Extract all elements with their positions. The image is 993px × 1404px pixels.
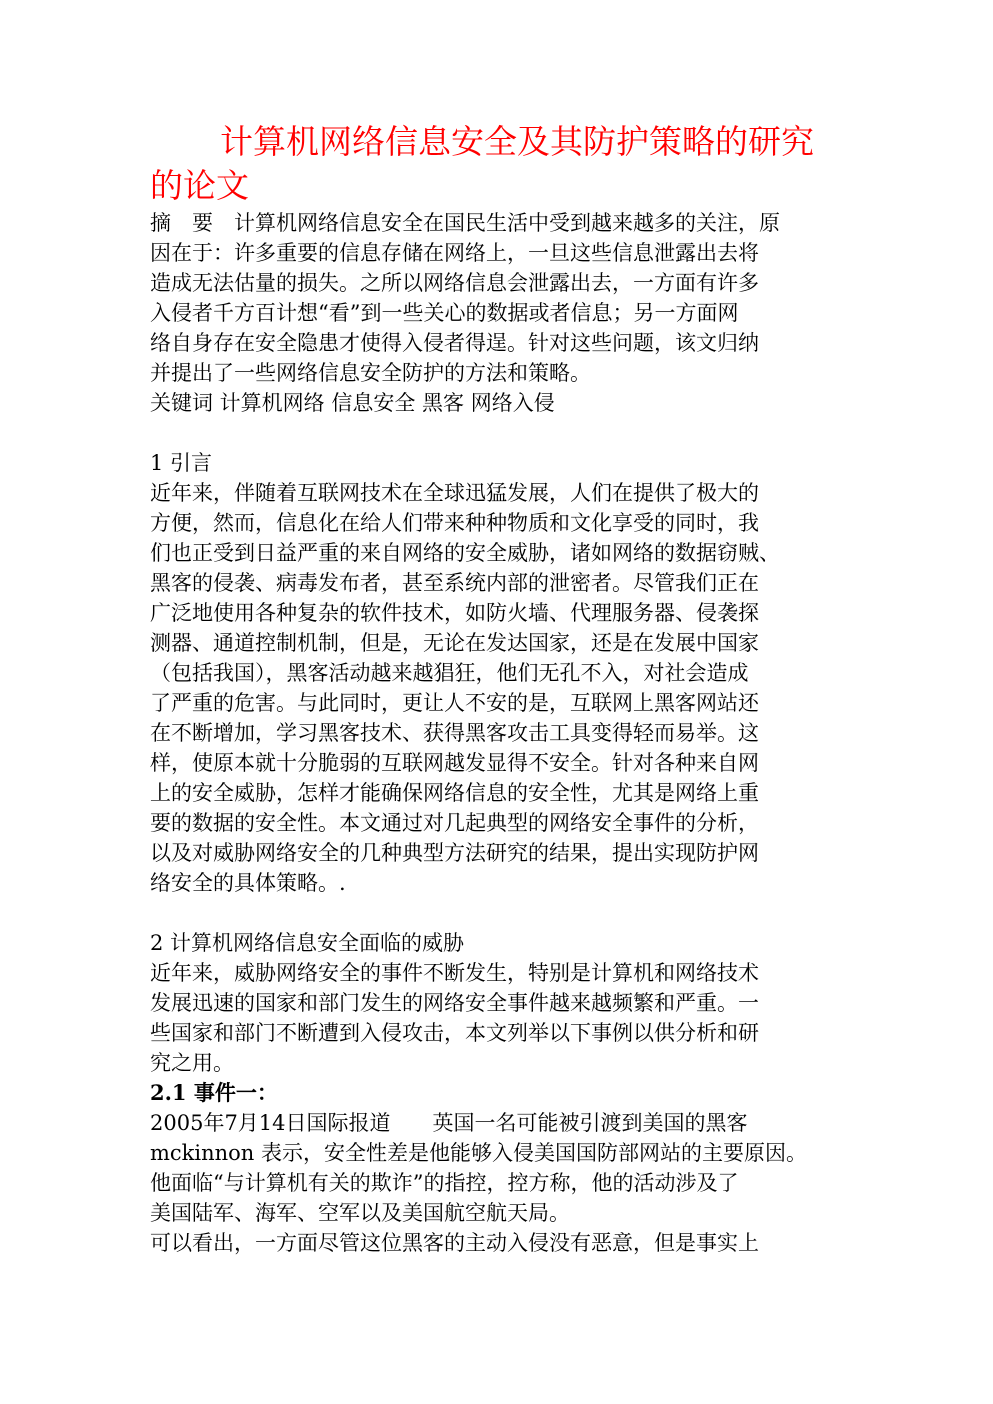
abstract-line: 造成无法估量的损失。之所以网络信息会泄露出去，一方面有许多 <box>150 268 850 298</box>
spacer <box>150 418 850 448</box>
paragraph-line: 方便，然而，信息化在给人们带来种种物质和文化享受的同时，我 <box>150 508 850 538</box>
abstract-line: 因在于：许多重要的信息存储在网络上，一旦这些信息泄露出去将 <box>150 238 850 268</box>
paragraph-line: 广泛地使用各种复杂的软件技术，如防火墙、代理服务器、侵袭探 <box>150 598 850 628</box>
paragraph-line: 他面临“与计算机有关的欺诈”的指控，控方称，他的活动涉及了 <box>150 1168 850 1198</box>
abstract-line: 摘 要 计算机网络信息安全在国民生活中受到越来越多的关注，原 <box>150 208 850 238</box>
abstract-line: 络自身存在安全隐患才使得入侵者得逞。针对这些问题，该文归纳 <box>150 328 850 358</box>
section-heading: 2 计算机网络信息安全面临的威胁 <box>150 928 850 958</box>
paragraph-line: 络安全的具体策略。. <box>150 868 850 898</box>
abstract-line: 并提出了一些网络信息安全防护的方法和策略。 <box>150 358 850 388</box>
section-1: 1 引言 近年来，伴随着互联网技术在全球迅猛发展，人们在提供了极大的 方便，然而… <box>150 448 850 898</box>
document-page: 计算机网络信息安全及其防护策略的研究 的论文 摘 要 计算机网络信息安全在国民生… <box>150 120 850 1258</box>
paragraph-line: 2005年7月14日国际报道 英国一名可能被引渡到美国的黑客 <box>150 1108 850 1138</box>
spacer <box>150 898 850 928</box>
paragraph-line: 些国家和部门不断遭到入侵攻击，本文列举以下事例以供分析和研 <box>150 1018 850 1048</box>
paragraph-line: 们也正受到日益严重的来自网络的安全威胁，诸如网络的数据窃贼、 <box>150 538 850 568</box>
paragraph-line: 近年来，伴随着互联网技术在全球迅猛发展，人们在提供了极大的 <box>150 478 850 508</box>
paragraph-line: （包括我国），黑客活动越来越猖狂，他们无孔不入，对社会造成 <box>150 658 850 688</box>
section-2: 2 计算机网络信息安全面临的威胁 近年来，威胁网络安全的事件不断发生，特别是计算… <box>150 928 850 1078</box>
section-2-1: 2.1 事件一： 2005年7月14日国际报道 英国一名可能被引渡到美国的黑客 … <box>150 1078 850 1258</box>
paragraph-line: 样，使原本就十分脆弱的互联网越发显得不安全。针对各种来自网 <box>150 748 850 778</box>
abstract: 摘 要 计算机网络信息安全在国民生活中受到越来越多的关注，原 因在于：许多重要的… <box>150 208 850 418</box>
paragraph-line: 上的安全威胁，怎样才能确保网络信息的安全性，尤其是网络上重 <box>150 778 850 808</box>
section-heading: 2.1 事件一： <box>150 1078 850 1108</box>
paragraph-line: 美国陆军、海军、空军以及美国航空航天局。 <box>150 1198 850 1228</box>
keywords: 关键词 计算机网络 信息安全 黑客 网络入侵 <box>150 388 850 418</box>
paragraph-line: 可以看出，一方面尽管这位黑客的主动入侵没有恶意，但是事实上 <box>150 1228 850 1258</box>
paragraph-line: 了严重的危害。与此同时，更让人不安的是，互联网上黑客网站还 <box>150 688 850 718</box>
document-title: 计算机网络信息安全及其防护策略的研究 的论文 <box>150 120 850 208</box>
paragraph-line: 在不断增加，学习黑客技术、获得黑客攻击工具变得轻而易举。这 <box>150 718 850 748</box>
title-line-2: 的论文 <box>150 164 850 208</box>
paragraph-line: 近年来，威胁网络安全的事件不断发生，特别是计算机和网络技术 <box>150 958 850 988</box>
paragraph-line: 以及对威胁网络安全的几种典型方法研究的结果，提出实现防护网 <box>150 838 850 868</box>
paragraph-line: 要的数据的安全性。本文通过对几起典型的网络安全事件的分析， <box>150 808 850 838</box>
abstract-line: 入侵者千方百计想“看”到一些关心的数据或者信息；另一方面网 <box>150 298 850 328</box>
paragraph-line: 测器、通道控制机制，但是，无论在发达国家，还是在发展中国家 <box>150 628 850 658</box>
paragraph-line: 发展迅速的国家和部门发生的网络安全事件越来越频繁和严重。一 <box>150 988 850 1018</box>
title-line-1: 计算机网络信息安全及其防护策略的研究 <box>150 120 850 164</box>
paragraph-line: 黑客的侵袭、病毒发布者，甚至系统内部的泄密者。尽管我们正在 <box>150 568 850 598</box>
paragraph-line: mckinnon 表示，安全性差是他能够入侵美国国防部网站的主要原因。 <box>150 1138 850 1168</box>
paragraph-line: 究之用。 <box>150 1048 850 1078</box>
section-heading: 1 引言 <box>150 448 850 478</box>
